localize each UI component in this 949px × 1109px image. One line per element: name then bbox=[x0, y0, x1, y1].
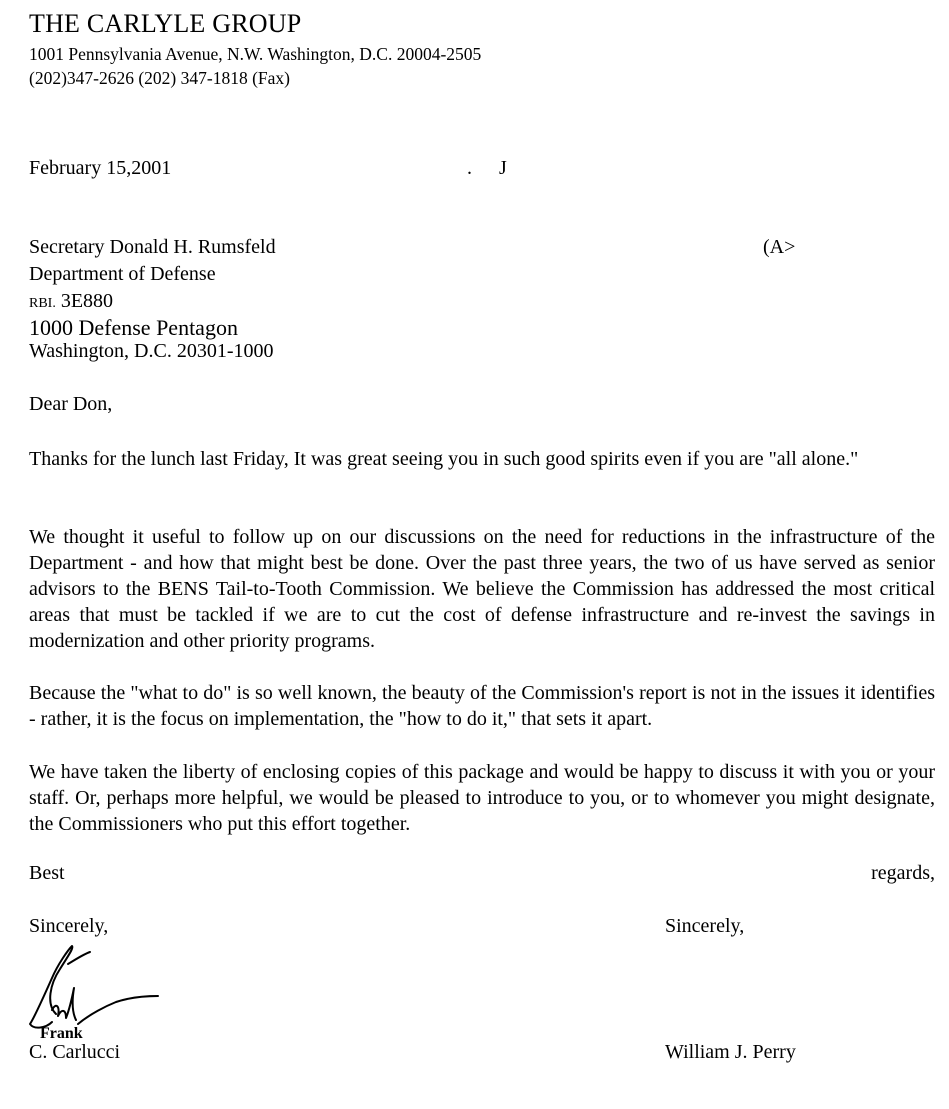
recipient-room-number: 3E880 bbox=[61, 290, 113, 312]
closing-best: Best bbox=[29, 862, 65, 885]
body-paragraph-4: We have taken the liberty of enclosing c… bbox=[29, 759, 935, 837]
salutation: Dear Don, bbox=[29, 393, 112, 416]
recipient-street: 1000 Defense Pentagon bbox=[29, 315, 238, 341]
closing-regards: regards, bbox=[871, 862, 935, 885]
stray-mark-a: (A> bbox=[763, 236, 795, 259]
letter-date: February 15,2001 bbox=[29, 157, 171, 180]
recipient-city: Washington, D.C. 20301-1000 bbox=[29, 340, 274, 363]
stray-mark-dot: . bbox=[467, 157, 472, 180]
recipient-room-prefix: RBI. bbox=[29, 296, 56, 311]
signatory-1-closing: Sincerely, bbox=[29, 915, 108, 938]
closing-line: Best regards, bbox=[29, 862, 935, 885]
signatory-1-name: C. Carlucci bbox=[29, 1041, 120, 1064]
signatory-2-name: William J. Perry bbox=[665, 1041, 796, 1064]
body-paragraph-3: Because the "what to do" is so well know… bbox=[29, 680, 935, 732]
signatory-2-closing: Sincerely, bbox=[665, 915, 744, 938]
letterhead-address: 1001 Pennsylvania Avenue, N.W. Washingto… bbox=[29, 44, 481, 65]
letterhead-organization: THE CARLYLE GROUP bbox=[29, 9, 301, 39]
svg-text:Frank: Frank bbox=[40, 1025, 83, 1040]
body-paragraph-2: We thought it useful to follow up on our… bbox=[29, 524, 935, 654]
recipient-department: Department of Defense bbox=[29, 263, 216, 286]
letterhead-phone: (202)347-2626 (202) 347-1818 (Fax) bbox=[29, 68, 290, 89]
handwritten-signature-icon: Frank bbox=[28, 944, 162, 1040]
recipient-room: RBI. 3E880 bbox=[29, 290, 113, 313]
recipient-name: Secretary Donald H. Rumsfeld bbox=[29, 236, 276, 259]
body-paragraph-1: Thanks for the lunch last Friday, It was… bbox=[29, 446, 935, 472]
stray-mark-j: J bbox=[499, 157, 507, 180]
